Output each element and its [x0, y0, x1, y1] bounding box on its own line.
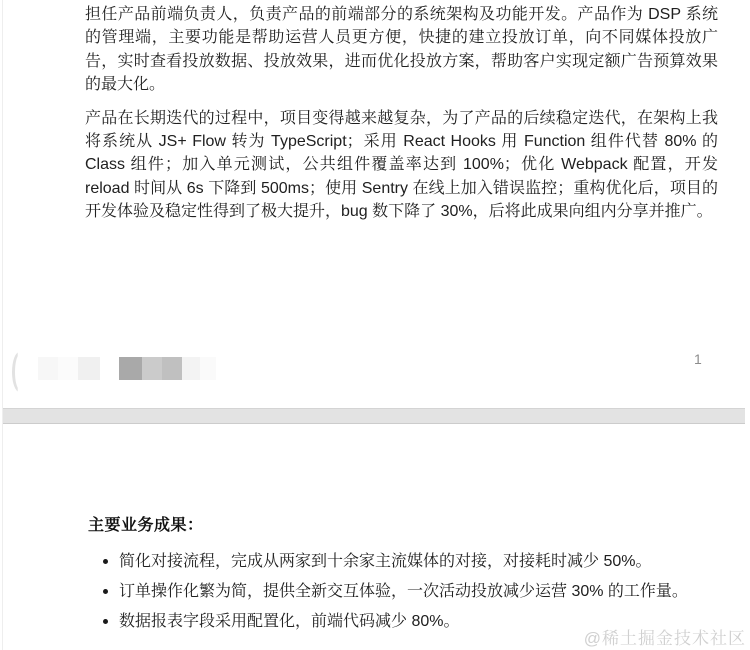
redacted-text-block	[200, 357, 216, 380]
page-1-footer: 1	[0, 350, 750, 396]
redacted-text-block	[58, 357, 78, 380]
bullet-dot-icon	[103, 619, 108, 624]
redacted-text-block	[119, 357, 142, 380]
paragraph-project-role: 担任产品前端负责人，负责产品的前端部分的系统架构及功能开发。产品作为 DSP 系…	[85, 3, 718, 97]
page-left-edge	[2, 0, 3, 650]
redacted-text-block	[182, 357, 200, 380]
bullet-text: 简化对接流程，完成从两家到十余家主流媒体的对接，对接耗时减少 50%。	[119, 552, 651, 571]
bullet-list: 简化对接流程，完成从两家到十余家主流媒体的对接，对接耗时减少 50%。 订单操作…	[88, 552, 718, 631]
redacted-text-block	[142, 357, 162, 380]
document-viewer: 担任产品前端负责人，负责产品的前端部分的系统架构及功能开发。产品作为 DSP 系…	[0, 0, 750, 650]
document-page-1: 担任产品前端负责人，负责产品的前端部分的系统架构及功能开发。产品作为 DSP 系…	[0, 0, 750, 408]
watermark: @稀土掘金技术社区	[584, 624, 746, 649]
section-heading-business-results: 主要业务成果：	[88, 512, 718, 535]
document-page-2: 主要业务成果： 简化对接流程，完成从两家到十余家主流媒体的对接，对接耗时减少 5…	[0, 424, 750, 650]
page-1-content: 担任产品前端负责人，负责产品的前端部分的系统架构及功能开发。产品作为 DSP 系…	[0, 0, 750, 224]
bullet-text: 订单操作化繁为简，提供全新交互体验，一次活动投放减少运营 30% 的工作量。	[119, 582, 688, 601]
bullet-dot-icon	[103, 589, 108, 594]
list-item: 订单操作化繁为简，提供全新交互体验，一次活动投放减少运营 30% 的工作量。	[88, 582, 718, 601]
bullet-text: 数据报表字段采用配置化，前端代码减少 80%。	[119, 612, 459, 631]
redacted-logo-arc	[12, 352, 27, 392]
list-item: 简化对接流程，完成从两家到十余家主流媒体的对接，对接耗时减少 50%。	[88, 552, 718, 571]
redacted-footer-text	[38, 357, 216, 380]
redacted-text-block	[38, 357, 58, 380]
page-number: 1	[694, 351, 702, 367]
redacted-text-block	[78, 357, 100, 380]
bullet-dot-icon	[103, 559, 108, 564]
paragraph-refactor-results: 产品在长期迭代的过程中，项目变得越来越复杂，为了产品的后续稳定迭代，在架构上我将…	[85, 107, 718, 224]
redacted-text-block	[162, 357, 182, 380]
page-separator	[2, 408, 745, 424]
